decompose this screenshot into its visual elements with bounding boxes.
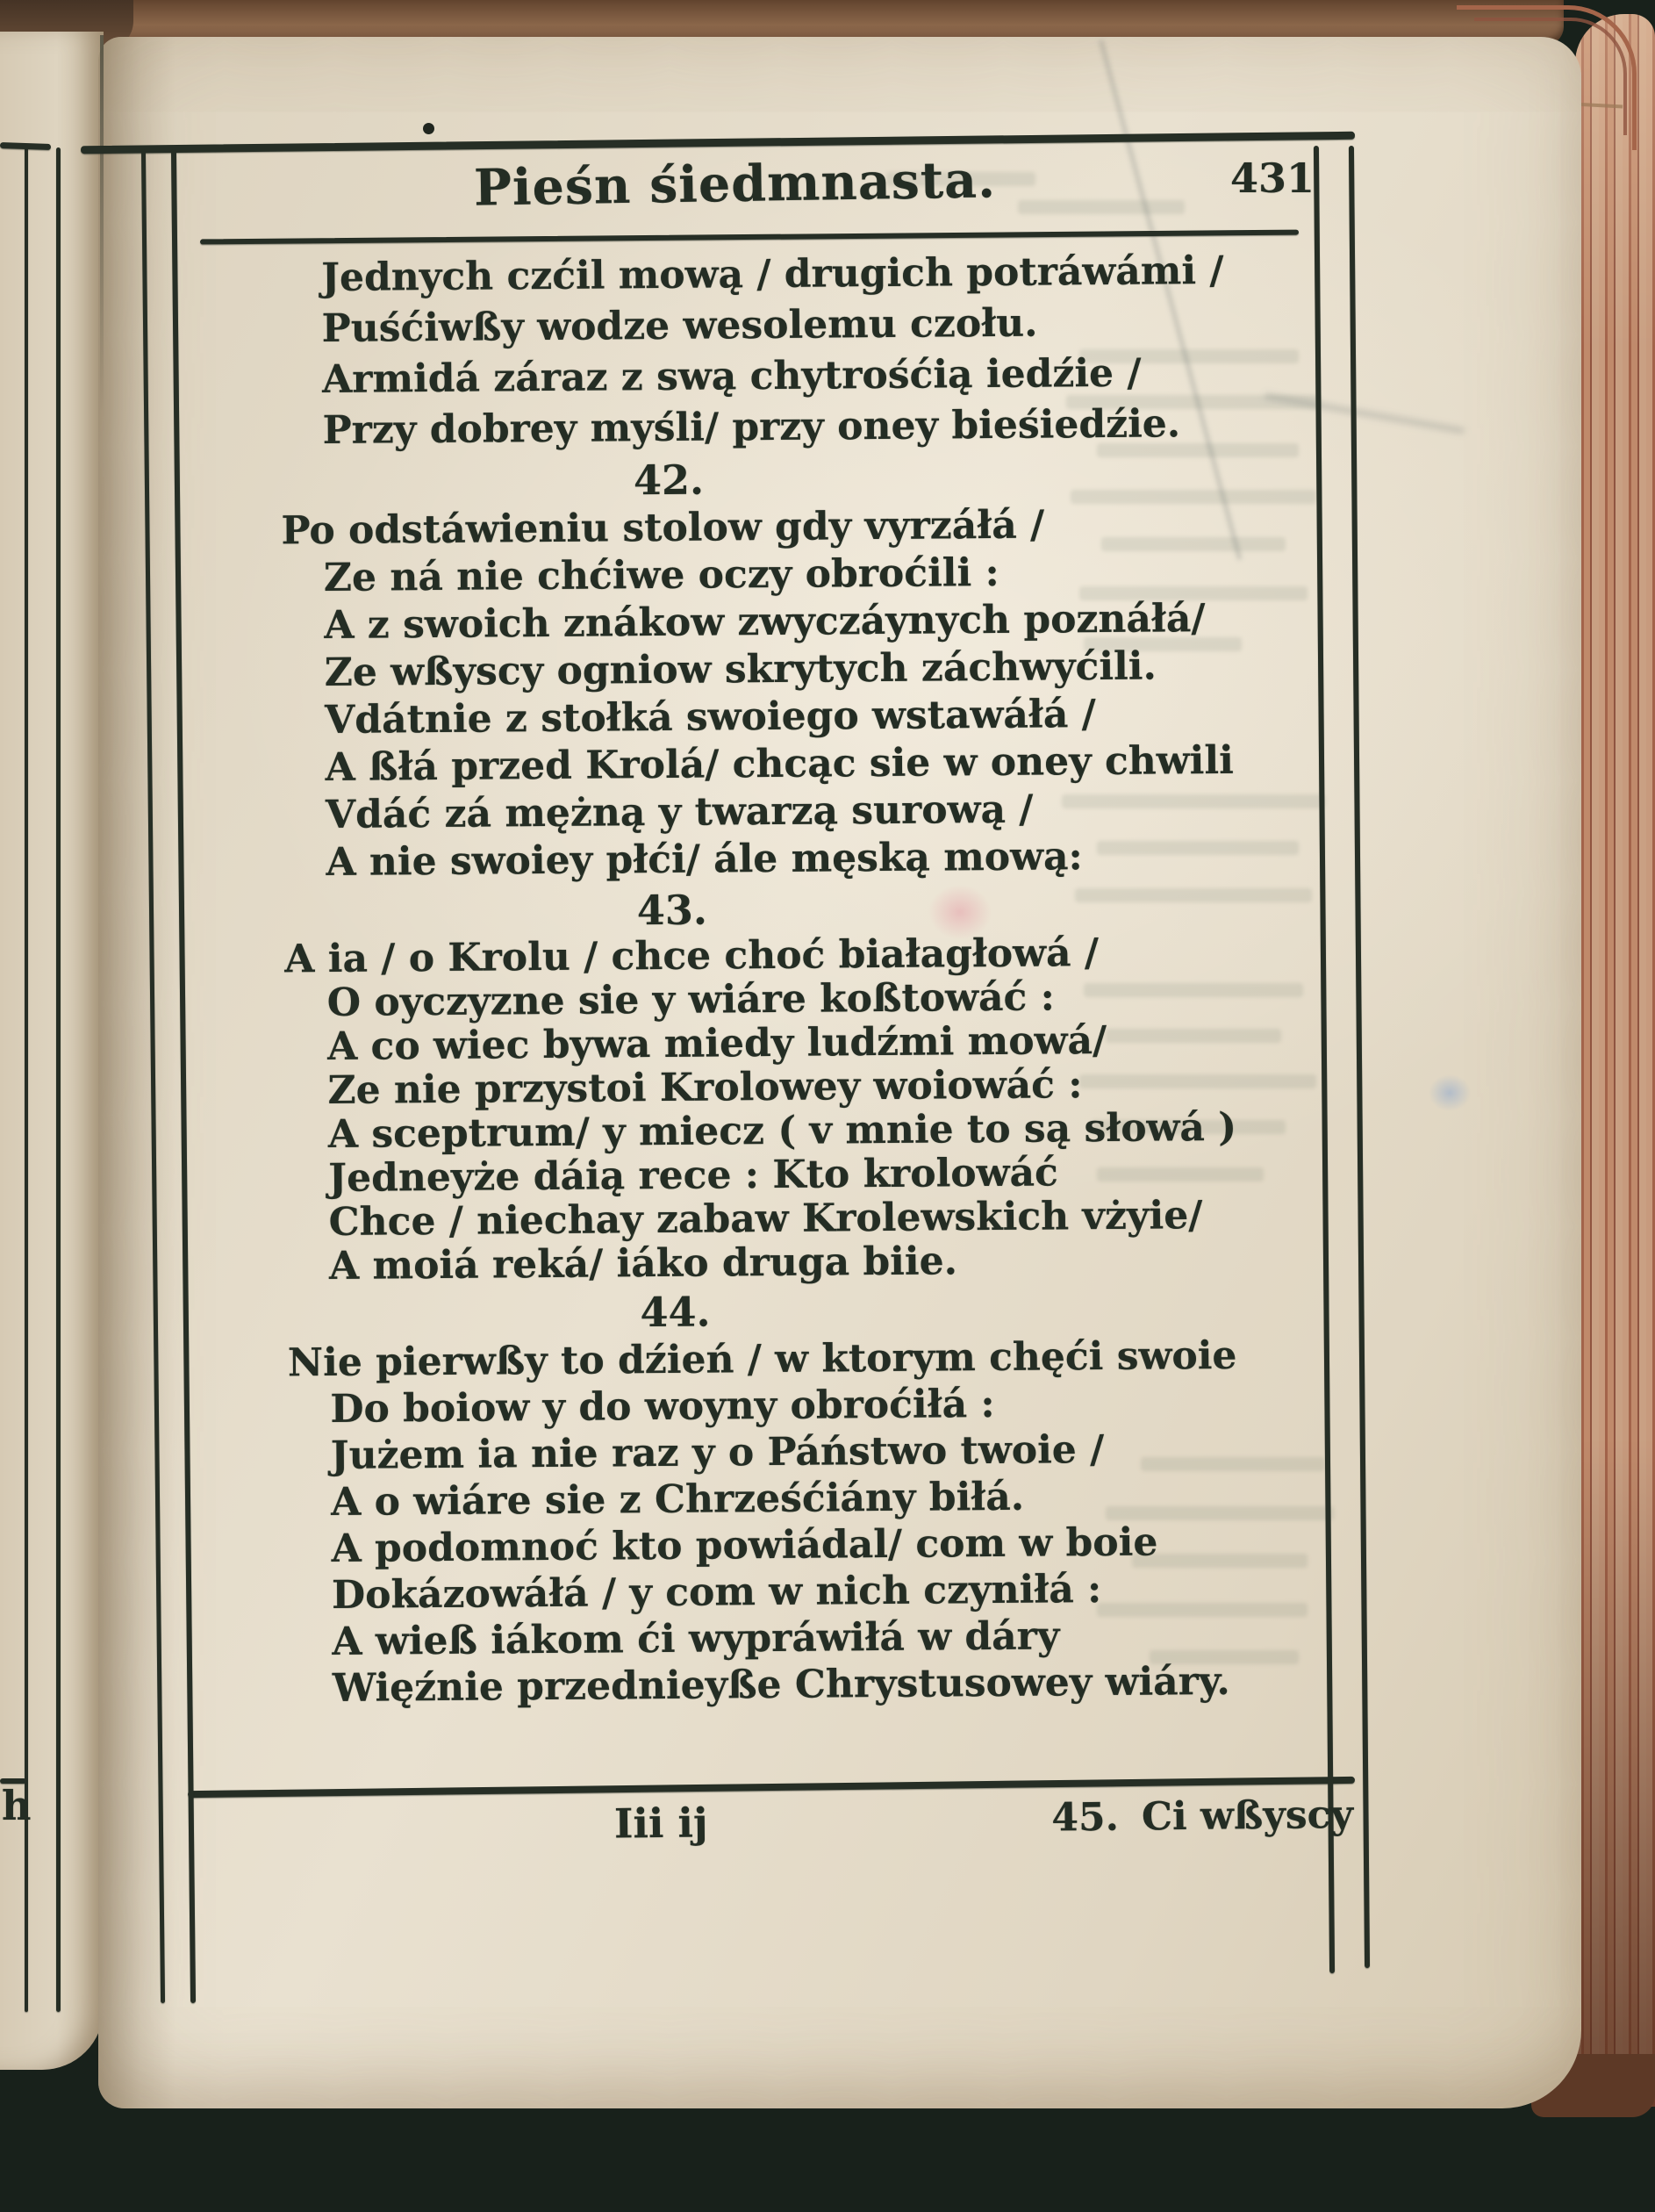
text-column: Jednych czćil mową / drugich potráwámi /…: [321, 245, 1372, 1712]
stanza-number: 43.: [326, 885, 1018, 936]
poem-line: Vdáć zá mężną y twarzą surową /: [326, 784, 1365, 839]
poem-line: A wieß iákom ći wypráwiłá w dáry: [332, 1611, 1372, 1665]
poem-line: A podomnoć kto powiádal/ com w boie: [331, 1518, 1371, 1572]
ink-spot: [423, 123, 434, 134]
gutter-crease: [100, 35, 104, 413]
poem-line: Ze wßyscy ogniow skrytych záchwyćili.: [325, 642, 1365, 697]
facing-page-sliver: [0, 32, 104, 2070]
stanza-number: 44.: [329, 1287, 1021, 1338]
poem-line: A o wiáre sie z Chrześćiány biłá.: [331, 1471, 1371, 1526]
blue-stain: [1429, 1074, 1471, 1111]
poem-line: A nie swoiey płći/ ále męską mową:: [326, 831, 1365, 887]
fore-edge-shading: [1575, 14, 1655, 2107]
poem-line: Do boiow y do woyny obroćiłá :: [330, 1378, 1370, 1433]
top-right-corner-arc: [1474, 18, 1627, 135]
book-photo: h Pieśn śiedmnasta. 431 Jednych czćil mo…: [0, 0, 1655, 2212]
facing-page-rule: [56, 147, 61, 2012]
facing-page-letter-fragment: h: [2, 1782, 31, 1829]
poem-line: Ze ná nie chćiwe oczy obroćili :: [324, 547, 1364, 602]
poem-line: A sceptrum/ y miecz ( v mnie to są słowá…: [328, 1105, 1368, 1157]
poem-line: Jednych czćil mową / drugich potráwámi /: [321, 245, 1361, 304]
catchword-text: Ci wßyscy: [1142, 1792, 1354, 1840]
show-through-mark: [1018, 200, 1185, 214]
catchword: 45.Ci wßyscy: [1009, 1792, 1354, 1841]
poem-line: Więźnie przednieyße Chrystusowey wiáry.: [333, 1657, 1372, 1712]
poem-line: Przy dobrey myśli/ przy oney bieśiedźie.: [322, 398, 1362, 456]
facing-page-rule: [25, 147, 28, 2012]
poem-line: A moiá reká/ iáko druga biie.: [329, 1237, 1369, 1289]
poem-line: Jużem ia nie raz y o Páństwo twoie /: [331, 1425, 1371, 1479]
signature-mark: Iii ij: [614, 1799, 708, 1847]
poem-line: Po odstáwieniu stolow gdy vyrzáłá /: [281, 499, 1363, 556]
page-number: 431: [1230, 154, 1315, 202]
poem-line: Dokázowáłá / y com w nich czyniłá :: [332, 1564, 1372, 1619]
poem-line: Nie pierwßy to dźień / w ktorym chęći sw…: [288, 1332, 1370, 1387]
poem-line: Puśćiwßy wodze wesolemu czołu.: [321, 296, 1361, 355]
stanza-number: 42.: [323, 455, 1014, 506]
gutter-shadow: [98, 37, 176, 2108]
poem-line: A ßłá przed Krolá/ chcąc sie w oney chwi…: [325, 736, 1365, 792]
poem-line: Vdátnie z stołká swoiego wstawáłá /: [325, 689, 1365, 744]
page-title: Pieśn śiedmnasta.: [474, 150, 997, 217]
poem-line: Armidá záraz z swą chytrośćią iedźie /: [322, 347, 1362, 406]
poem-line: A z swoich znákow zwyczáynych poznáłá/: [324, 594, 1364, 650]
next-stanza-number: 45.: [1051, 1795, 1119, 1841]
